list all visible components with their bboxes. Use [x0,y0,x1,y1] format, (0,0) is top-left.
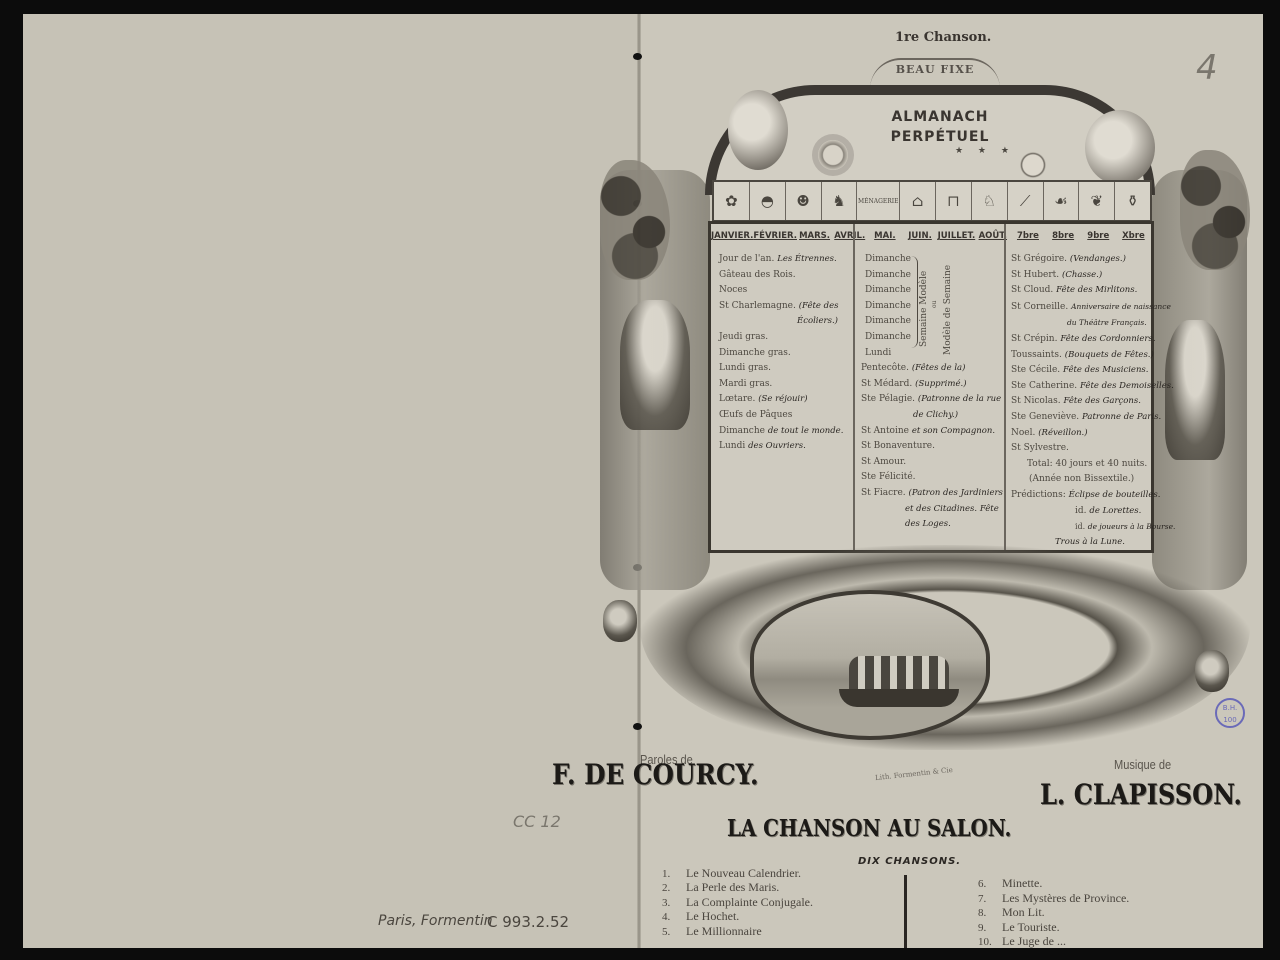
column-divider [1004,224,1006,550]
calendar-entry: St Médard. (Supprimé.) [861,377,1003,393]
month-header: MARS. [797,224,832,246]
donkey-icon: ♞ [822,182,858,220]
song-item: 4.Le Hochet. [662,910,813,924]
calendar-entry: Mardi gras. [719,377,843,393]
song-item: 5.Le Millionnaire [662,925,813,939]
calendar-entry: St Nicolas. Fête des Garçons. [1011,394,1175,410]
branch-icon: ⟋ [1008,182,1044,220]
page-number-annotation: 4 [1196,48,1218,88]
almanach-calendar-table: JANVIER. FÉVRIER. MARS. AVRIL. MAI. JUIN… [708,221,1154,553]
calendar-entry: Ste Catherine. Fête des Demoiselles. [1011,379,1175,395]
song-item: 7.Les Mystères de Province. [978,892,1129,907]
calendar-entry: Dimanche [861,330,1003,346]
almanach-title: ALMANACH PERPÉTUEL [880,107,1000,147]
cherubs-left-illustration [728,90,788,170]
calendar-entry: St Hubert. (Chasse.) [1011,268,1175,284]
collection-subtitle: DIX CHANSONS. [858,856,961,867]
calendar-entry: Pentecôte. (Fêtes de la) [861,361,1003,377]
almanach-title-line1: ALMANACH [880,107,1000,127]
month-header: JUIN. [902,224,937,246]
calendar-entry: Ste Geneviève. Patronne de Paris. [1011,410,1175,426]
calendar-entry: St Fiacre. (Patron des Jardiniers [861,486,1003,502]
horn-icon: ☙ [1044,182,1080,220]
calendar-entry: du Théâtre Français. [1011,315,1175,332]
song-item: 9.Le Touriste. [978,921,1129,936]
calendar-entry: St Sylvestre. [1011,441,1175,457]
calendar-entry: Ste Cécile. Fête des Musiciens. [1011,363,1175,379]
song-list-left: 1.Le Nouveau Calendrier. 2.La Perle des … [662,867,813,939]
calendar-entry: Toussaints. (Bouquets de Fêtes.) [1011,348,1175,364]
binding-hole [633,723,642,730]
calendar-entry: Écoliers.) [719,314,843,330]
calendar-entry: Jour de l'an. Les Étrennes. [719,252,843,268]
song-item: 6.Minette. [978,877,1129,892]
lamp-icon: ⚱ [1115,182,1150,220]
calendar-entry: id. de Lorettes. [1011,504,1175,520]
menagerie-icon: MÉNAGERIE [857,182,900,220]
sun-icon [818,140,848,170]
scan-bottom-edge [0,948,1280,960]
month-pictogram-strip: ✿ ◓ ☻ ♞ MÉNAGERIE ⌂ ⊓ ♘ ⟋ ☙ ❦ ⚱ [712,180,1152,222]
modele-de-semaine-label: Modèle de Semaine [943,260,953,360]
table-icon: ⊓ [936,182,972,220]
calendar-entry: Œufs de Pâques [719,408,843,424]
calendar-entry: St Charlemagne. (Fête des [719,299,843,315]
calendar-entry: id. de joueurs à la Bourse. [1011,519,1175,535]
calendar-entry: Dimanche de tout le monde. [719,424,843,440]
stars-icon: ★ ★ ★ [955,146,1015,156]
column-divider [853,224,855,550]
month-header-row: JANVIER. FÉVRIER. MARS. AVRIL. MAI. JUIN… [711,224,1151,246]
calendar-entry: et des Citadines. Fête [861,502,1003,518]
moon-icon [1020,152,1046,178]
composer-name: L. CLAPISSON. [1040,778,1242,811]
calendar-entry: Ste Félicité. [861,470,1003,486]
calendar-entry: de Clichy.) [861,408,1003,424]
pencil-code-annotation: CC 12 [513,812,561,831]
calendar-entry: Prédictions: Éclipse de bouteilles. [1011,488,1175,504]
calendar-entry: (Année non Bissextile.) [1011,472,1175,488]
grotesque-mask-right [1195,650,1229,692]
semaine-modele-ou: ou [931,294,938,314]
binding-hole [633,53,642,60]
calendar-column-jan-apr: Jour de l'an. Les Étrennes. Gâteau des R… [719,252,843,455]
calendar-entry: Noel. (Réveillon.) [1011,426,1175,442]
month-header: JANVIER. [711,224,753,246]
cherubs-right-illustration [1085,110,1155,185]
month-header: JUILLET. [938,224,976,246]
cake-icon: ◓ [750,182,786,220]
calendar-entry: Lundi [861,346,1003,362]
boat-passengers [849,656,949,692]
calendar-entry: St Amour. [861,455,1003,471]
stamp-text-bottom: 100 [1217,714,1243,726]
shrub-icon: ❦ [1079,182,1115,220]
calendar-entry: Jeudi gras. [719,330,843,346]
calendar-entry: Ste Pélagie. (Patronne de la rue [861,392,1003,408]
couple-figures-illustration [620,300,690,430]
month-header: 8bre [1046,224,1081,246]
calendar-entry: St Grégoire. (Vendanges.) [1011,252,1175,268]
library-stamp: B.H. 100 [1215,698,1245,728]
week-brace [911,256,918,348]
almanach-title-line2: PERPÉTUEL [880,127,1000,147]
publisher-note-annotation: Paris, Formentin [378,913,493,929]
calendar-entry: des Loges. [861,517,1003,533]
boating-party-illustration [750,590,990,740]
lyricist-name: F. DE COURCY. [552,758,759,791]
month-header: Xbre [1116,224,1151,246]
calendar-entry: Dimanche [861,268,1003,284]
month-header: 9bre [1081,224,1116,246]
song-item: 3.La Complainte Conjugale. [662,896,813,910]
song-item: 2.La Perle des Maris. [662,881,813,895]
calendar-entry: St Cloud. Fête des Mirlitons. [1011,283,1175,299]
catalog-number-annotation: C 993.2.52 [487,913,569,931]
chanson-number: 1re Chanson. [895,30,991,45]
calendar-entry: Lœtare. (Se réjouir) [719,392,843,408]
bride-icon: ☻ [786,182,822,220]
month-header: 7bre [1010,224,1045,246]
collection-title: LA CHANSON AU SALON. [727,815,1011,842]
calendar-entry: Dimanche gras. [719,346,843,362]
semaine-modele-label: Semaine Modèle [919,264,929,354]
calendar-entry: Lundi gras. [719,361,843,377]
month-header: FÉVRIER. [753,224,797,246]
wreath-icon: ✿ [714,182,750,220]
carriage-icon: ⌂ [900,182,936,220]
rowboat [839,689,959,707]
calendar-entry: Total: 40 jours et 40 nuits. [1011,457,1175,473]
composer-label: Musique de [1114,757,1171,772]
song-list-right: 6.Minette. 7.Les Mystères de Province. 8… [978,877,1129,950]
wheelbarrow-icon: ♘ [972,182,1008,220]
grotesque-mask-left [603,600,637,642]
calendar-entry: St Corneille. Anniversaire de naissance [1011,299,1175,316]
calendar-entry: St Bonaventure. [861,439,1003,455]
calendar-entry: Lundi des Ouvriers. [719,439,843,455]
calendar-entry: St Crépin. Fête des Cordonniers. [1011,332,1175,348]
month-header: AVRIL. [832,224,867,246]
calendar-entry: Noces [719,283,843,299]
song-item: 1.Le Nouveau Calendrier. [662,867,813,881]
calendar-entry: St Antoine et son Compagnon. [861,424,1003,440]
calendar-entry: Dimanche [861,314,1003,330]
calendar-entry: Dimanche [861,252,1003,268]
calendar-entry: Gâteau des Rois. [719,268,843,284]
song-item: 8.Mon Lit. [978,906,1129,921]
month-header: MAI. [867,224,902,246]
stamp-text-top: B.H. [1217,702,1243,714]
calendar-column-sep-dec: St Grégoire. (Vendanges.) St Hubert. (Ch… [1011,252,1175,550]
